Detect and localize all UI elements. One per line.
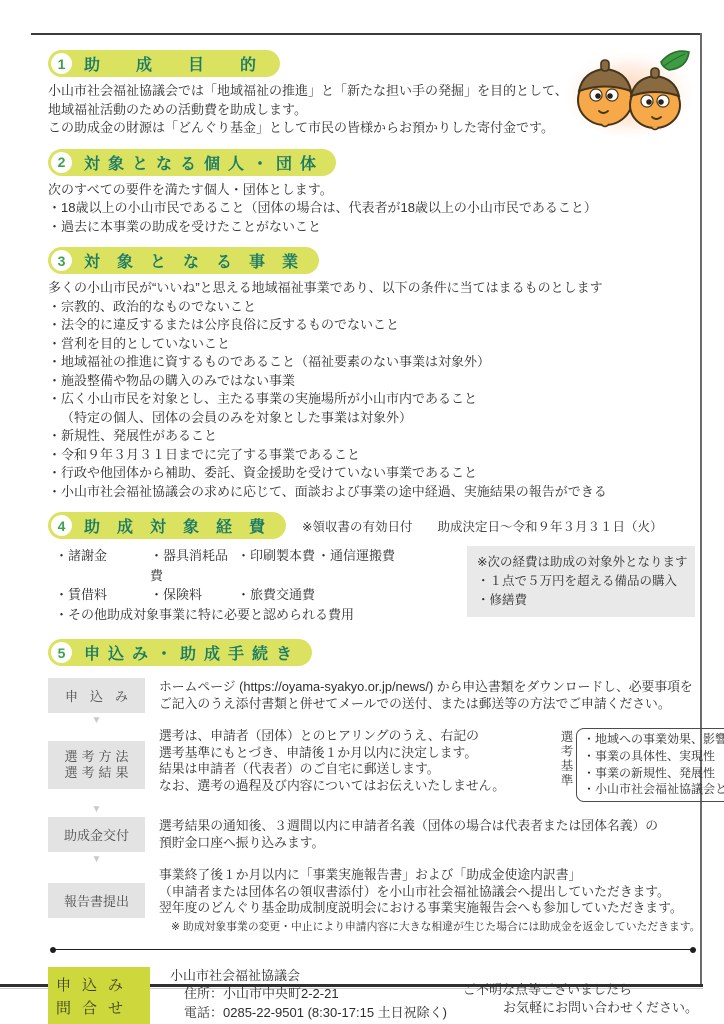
section-eligible-expenses: 4 助成対象経費 ※領収書の有効日付 助成決定日～令和９年３月３１日（火） ・諸… — [48, 512, 698, 624]
section-title: 申込み・助成手続き — [84, 641, 300, 664]
text-line: 翌年度のどんぐり基金助成制度説明会における事業実施報告会へも参加していただきます… — [159, 900, 700, 917]
list-item: ・広く小山市民を対象とし、主たる事業の実施場所が小山市内であること — [48, 390, 698, 409]
eligible-projects-text: 多くの小山市民が“いいね”と思える地域福祉事業であり、以下の条件に当てはまるもの… — [48, 279, 698, 501]
text-line: 結果は申請者（代表者）のご自宅に郵送します。 — [159, 761, 557, 778]
section-number-badge: 4 — [51, 515, 72, 536]
text-line: お気軽にお問い合わせください。 — [463, 999, 698, 1018]
procedure-steps: 申込み ホームページ (https://oyama-syakyo.or.jp/n… — [48, 678, 698, 934]
divider-dot — [690, 947, 696, 953]
criteria-box: ・地域への事業効果、影響力 ・事業の具体性、実現性 ・事業の新規性、発展性 ・小… — [576, 728, 724, 802]
section-eligible-projects: 3 対象となる事業 多くの小山市民が“いいね”と思える地域福祉事業であり、以下の… — [48, 247, 698, 501]
document-page: 1 助成目的 — [48, 50, 698, 1024]
text-line: ホームページ (https://oyama-syakyo.or.jp/news/… — [159, 679, 698, 696]
contact-details: 小山市社会福祉協議会 住所：小山市中央町2-2-21 電話：0285-22-95… — [170, 967, 463, 1023]
expense-row: ・賃借料 ・保険料 ・旅費交通費 — [55, 585, 467, 605]
expense-item: ・旅費交通費 — [237, 585, 315, 605]
section-heading-2: 2 対象となる個人・団体 — [48, 149, 336, 176]
acorn-mascot-illustration — [563, 44, 699, 138]
contact-label-line: 申込み — [56, 974, 153, 997]
section-number-badge: 5 — [51, 642, 72, 663]
expense-item: ・通信運搬費 — [317, 546, 395, 585]
text-line: 選考結果の通知後、３週間以内に申請者名義（団体の場合は代表者または団体名義）の — [159, 818, 698, 835]
expense-item: ・賃借料 — [55, 585, 150, 605]
section-title: 対象となる個人・団体 — [84, 151, 324, 174]
section-eligible-applicants: 2 対象となる個人・団体 次のすべての要件を満たす個人・団体とします。 ・18歳… — [48, 149, 698, 237]
step-down-arrow-icon: ▼ — [48, 803, 145, 816]
contact-note: ご不明な点等ございましたら お気軽にお問い合わせください。 — [463, 981, 698, 1018]
expenses-columns: ・諸謝金 ・器具消耗品費 ・印刷製本費 ・通信運搬費 ・賃借料 ・保険料 ・旅費… — [48, 546, 698, 624]
step-label: 報告書提出 — [64, 894, 129, 909]
section-title: 助成目的 — [84, 52, 292, 75]
text-line: （申請者または団体名の領収書添付）を小山市社会福祉協議会へ提出していただきます。 — [159, 884, 700, 901]
step-down-arrow-icon: ▼ — [48, 853, 145, 866]
step-label-box: 申込み — [48, 678, 145, 713]
section-application-procedure: 5 申込み・助成手続き 申込み ホームページ (https://oyama-sy… — [48, 639, 698, 934]
scan-edge-right — [700, 33, 702, 985]
step-label: 助成金交付 — [64, 828, 129, 843]
organization-name: 小山市社会福祉協議会 — [170, 967, 463, 986]
step-label-box: 選考方法 選考結果 — [48, 741, 145, 789]
section-grant-purpose: 1 助成目的 — [48, 50, 698, 138]
text-line: 選考は、申請者（団体）とのヒアリングのうえ、右記の — [159, 728, 557, 745]
section-heading-3: 3 対象となる事業 — [48, 247, 319, 274]
expense-row: ・諸謝金 ・器具消耗品費 ・印刷製本費 ・通信運搬費 — [55, 546, 467, 585]
expense-item: ・器具消耗品費 — [150, 546, 237, 585]
criteria-item: ・小山市社会福祉協議会との連携 — [583, 781, 724, 798]
section-heading-1: 1 助成目的 — [48, 50, 280, 77]
excluded-item: ・修繕費 — [477, 591, 689, 610]
list-item-continuation: （特定の個人、団体の会員のみを対象とした事業は対象外） — [48, 409, 698, 428]
eligible-applicants-text: 次のすべての要件を満たす個人・団体とします。 ・18歳以上の小山市民であること（… — [48, 181, 698, 237]
text-line: 多くの小山市民が“いいね”と思える地域福祉事業であり、以下の条件に当てはまるもの… — [48, 279, 698, 298]
criteria-item: ・事業の具体性、実現性 — [583, 748, 724, 765]
excluded-expenses-box: ※次の経費は助成の対象外となります ・１点で５万円を超える備品の購入 ・修繕費 — [467, 546, 695, 617]
list-item: ・行政や他団体から補助、委託、資金援助を受けていない事業であること — [48, 464, 698, 483]
step-label-box: 報告書提出 — [48, 883, 145, 918]
expense-row: ・その他助成対象事業に特に必要と認められる費用 — [55, 605, 467, 625]
list-item: ・18歳以上の小山市民であること（団体の場合は、代表者が18歳以上の小山市民であ… — [48, 199, 698, 218]
list-item: ・小山市社会福祉協議会の求めに応じて、面談および事業の途中経過、実施結果の報告が… — [48, 483, 698, 502]
list-item: ・新規性、発展性があること — [48, 427, 698, 446]
contact-label-box: 申込み 問合せ — [48, 967, 150, 1024]
text-line: 次のすべての要件を満たす個人・団体とします。 — [48, 181, 698, 200]
expense-item: ・印刷製本費 — [237, 546, 317, 585]
excluded-title: ※次の経費は助成の対象外となります — [477, 553, 689, 572]
section-title: 対象となる事業 — [84, 249, 315, 272]
criteria-item: ・地域への事業効果、影響力 — [583, 731, 724, 748]
step-selection: 選考方法 選考結果 選考は、申請者（団体）とのヒアリングのうえ、右記の 選考基準… — [48, 728, 698, 802]
contact-phone: 電話：0285-22-9501 (8:30-17:15 土日祝除く) — [170, 1004, 463, 1023]
list-item: ・令和９年３月３１日までに完了する事業であること — [48, 446, 698, 465]
contact-address: 住所：小山市中央町2-2-21 — [170, 985, 463, 1004]
refund-note: ※ 助成対象事業の変更・中止により申請内容に大きな相違が生じた場合には助成金を返… — [159, 919, 700, 934]
step-label: 申込み — [48, 686, 157, 705]
criteria-item: ・事業の新規性、発展性 — [583, 765, 724, 782]
step-down-arrow-icon: ▼ — [48, 714, 145, 727]
step-body: 事業終了後１か月以内に「事業実施報告書」および「助成金使途内訳書」 （申請者また… — [159, 867, 700, 934]
step-grant-payment: 助成金交付 選考結果の通知後、３週間以内に申請者名義（団体の場合は代表者または団… — [48, 817, 698, 852]
list-item: ・過去に本事業の助成を受けたことがないこと — [48, 218, 698, 237]
section-number-badge: 1 — [51, 53, 72, 74]
step-body: ホームページ (https://oyama-syakyo.or.jp/news/… — [159, 679, 698, 712]
step-application: 申込み ホームページ (https://oyama-syakyo.or.jp/n… — [48, 678, 698, 713]
list-item: ・施設整備や物品の購入のみではない事業 — [48, 372, 698, 391]
step-label: 選考方法 — [48, 749, 149, 765]
step-label: 選考結果 — [48, 765, 149, 781]
expense-item: ・その他助成対象事業に特に必要と認められる費用 — [55, 605, 354, 625]
excluded-item: ・１点で５万円を超える備品の購入 — [477, 572, 689, 591]
step-body: 選考は、申請者（団体）とのヒアリングのうえ、右記の 選考基準にもとづき、申請後１… — [159, 728, 724, 802]
step-report-submission: 報告書提出 事業終了後１か月以内に「事業実施報告書」および「助成金使途内訳書」 … — [48, 867, 698, 934]
scan-edge-top — [31, 33, 702, 35]
expense-item: ・保険料 — [150, 585, 237, 605]
list-item: ・法令的に違反するまたは公序良俗に反するものでないこと — [48, 316, 698, 335]
selection-criteria: 選考基準 ・地域への事業効果、影響力 ・事業の具体性、実現性 ・事業の新規性、発… — [557, 728, 724, 802]
contact-section: 申込み 問合せ 小山市社会福祉協議会 住所：小山市中央町2-2-21 電話：02… — [48, 967, 698, 1024]
text-line: 選考基準にもとづき、申請後１か月以内に決定します。 — [159, 745, 557, 762]
expense-list: ・諸謝金 ・器具消耗品費 ・印刷製本費 ・通信運搬費 ・賃借料 ・保険料 ・旅費… — [48, 546, 467, 624]
section-heading-4-row: 4 助成対象経費 ※領収書の有効日付 助成決定日～令和９年３月３１日（火） — [48, 512, 698, 539]
section-heading-4: 4 助成対象経費 — [48, 512, 286, 539]
text-line: ご不明な点等ございましたら — [463, 981, 698, 1000]
section-heading-5: 5 申込み・助成手続き — [48, 639, 312, 666]
list-item: ・地域福祉の推進に資するものであること（福祉要素のない事業は対象外） — [48, 353, 698, 372]
contact-label-line: 問合せ — [56, 997, 153, 1020]
step-body: 選考結果の通知後、３週間以内に申請者名義（団体の場合は代表者または団体名義）の … — [159, 818, 698, 851]
section-number-badge: 3 — [51, 250, 72, 271]
text-line: ご記入のうえ添付書類と併せてメールでの送付、または郵送等の方法でご申請ください。 — [159, 696, 698, 713]
expense-item: ・諸謝金 — [55, 546, 150, 585]
step-label-box: 助成金交付 — [48, 817, 145, 852]
receipt-validity-note: ※領収書の有効日付 助成決定日～令和９年３月３１日（火） — [302, 517, 662, 535]
divider-line — [52, 949, 692, 951]
section-divider — [50, 947, 696, 953]
section-number-badge: 2 — [51, 152, 72, 173]
criteria-vertical-label: 選考基準 — [557, 730, 575, 788]
selection-content: 選考は、申請者（団体）とのヒアリングのうえ、右記の 選考基準にもとづき、申請後１… — [159, 728, 724, 802]
selection-text: 選考は、申請者（団体）とのヒアリングのうえ、右記の 選考基準にもとづき、申請後１… — [159, 728, 557, 794]
section-title: 助成対象経費 — [84, 514, 282, 537]
text-line: 事業終了後１か月以内に「事業実施報告書」および「助成金使途内訳書」 — [159, 867, 700, 884]
list-item: ・宗教的、政治的なものでないこと — [48, 298, 698, 317]
list-item: ・営利を目的としていないこと — [48, 335, 698, 354]
text-line: なお、選考の過程及び内容についてはお伝えいたしません。 — [159, 778, 557, 795]
text-line: 預貯金口座へ振り込みます。 — [159, 835, 698, 852]
